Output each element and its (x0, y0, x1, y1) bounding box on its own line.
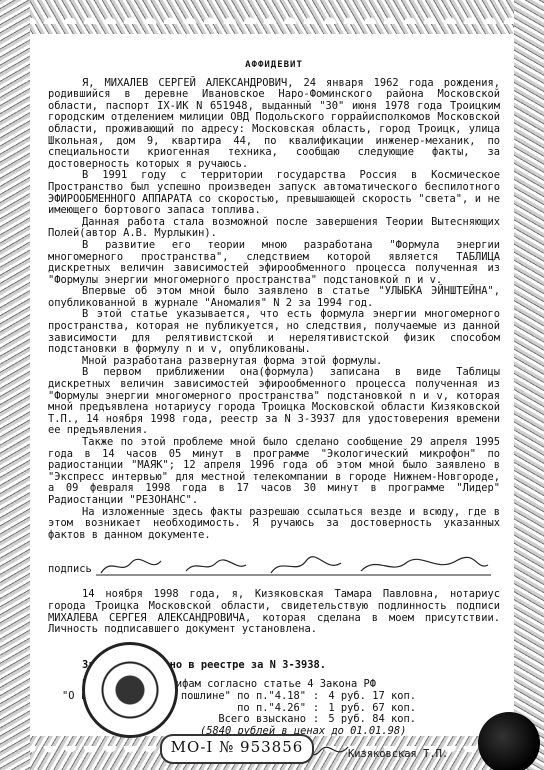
serial-number: МО-I № 953856 (160, 734, 314, 764)
paragraph: Также по этой проблеме мной было сделано… (48, 437, 500, 507)
embossed-seal-icon (478, 712, 540, 770)
paragraph: В этой статье указывается, что есть форм… (48, 309, 500, 355)
paragraph: В развитие его теории мною разработана "… (48, 240, 500, 286)
border-left (0, 0, 30, 770)
signature-line: подпись (48, 555, 500, 577)
paragraph: На изложенные здесь факты разрешаю ссыла… (48, 507, 500, 542)
document-page: АФФИДЕВИТ Я, МИХАЛЕВ СЕРГЕЙ АЛЕКСАНДРОВИ… (30, 34, 514, 736)
document-title: АФФИДЕВИТ (48, 60, 500, 72)
paragraph: Данная работа стала возможной после заве… (48, 217, 500, 240)
border-right (514, 0, 544, 770)
notary-stamp-icon (82, 642, 178, 738)
notary-certification: 14 ноября 1998 года, я, Кизяковская Тама… (48, 589, 500, 635)
paragraph: Впервые об этом мной было заявлено в ста… (48, 286, 500, 309)
handwritten-signature-icon (96, 555, 491, 577)
border-top (0, 0, 544, 34)
paragraph: В первом приближении она(формула) записа… (48, 367, 500, 437)
paragraph: Я, МИХАЛЕВ СЕРГЕЙ АЛЕКСАНДРОВИЧ, 24 янва… (48, 78, 500, 171)
notary-name: Кизяковская Т.П. (348, 749, 448, 761)
paragraph: В 1991 году с территории государства Рос… (48, 170, 500, 216)
signature-label: подпись (48, 564, 92, 576)
